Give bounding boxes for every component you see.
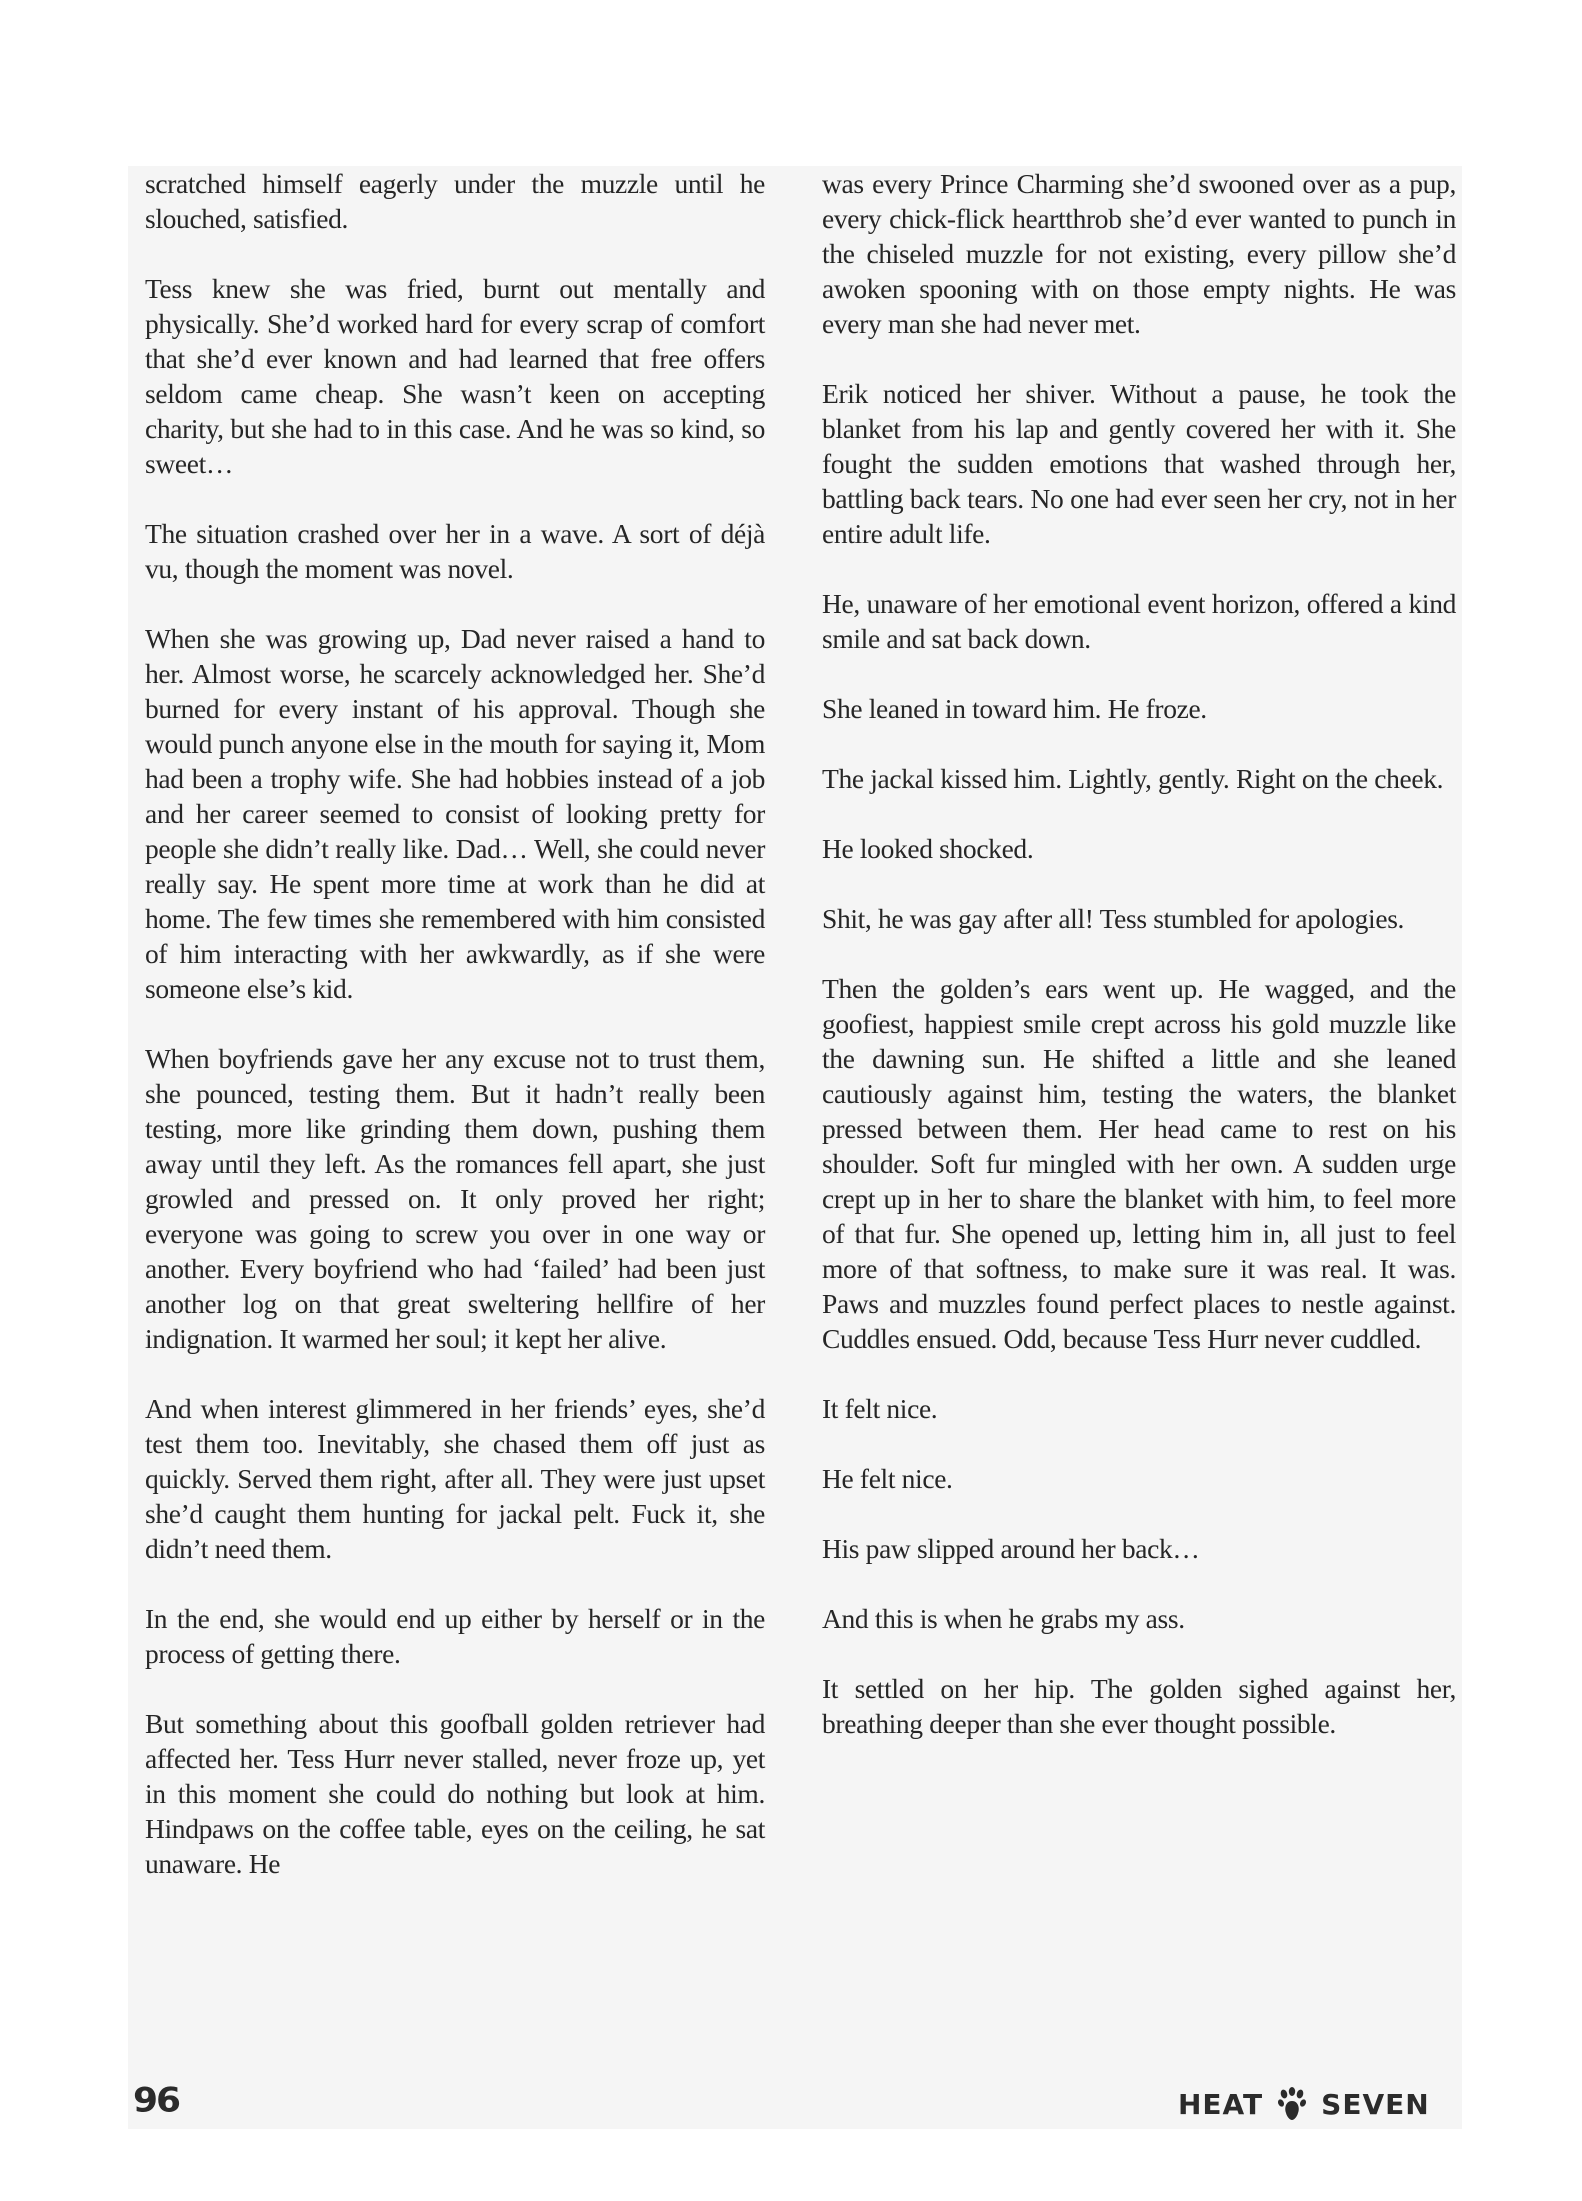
paragraph: When she was growing up, Dad never raise… — [145, 621, 765, 1006]
paw-print-icon — [1277, 2087, 1307, 2121]
paragraph: Tess knew she was fried, burnt out menta… — [145, 271, 765, 481]
paragraph: The situation crashed over her in a wave… — [145, 516, 765, 586]
paragraph: Then the golden’s ears went up. He wagge… — [822, 971, 1456, 1356]
brand-seven: SEVEN — [1321, 2088, 1430, 2121]
paragraph: The jackal kissed him. Lightly, gently. … — [822, 761, 1456, 796]
paragraph: It settled on her hip. The golden sighed… — [822, 1671, 1456, 1741]
magazine-brand: HEAT SEVEN — [1178, 2086, 1430, 2122]
paragraph: Erik noticed her shiver. Without a pause… — [822, 376, 1456, 551]
brand-heat: HEAT — [1178, 2088, 1263, 2121]
paragraph: In the end, she would end up either by h… — [145, 1601, 765, 1671]
paragraph: Shit, he was gay after all! Tess stumble… — [822, 901, 1456, 936]
right-text-column: was every Prince Charming she’d swooned … — [822, 166, 1456, 1776]
paragraph: And this is when he grabs my ass. — [822, 1601, 1456, 1636]
paragraph: scratched himself eagerly under the muzz… — [145, 166, 765, 236]
paragraph: He felt nice. — [822, 1461, 1456, 1496]
paragraph: When boyfriends gave her any excuse not … — [145, 1041, 765, 1356]
paragraph: He looked shocked. — [822, 831, 1456, 866]
paragraph: His paw slipped around her back… — [822, 1531, 1456, 1566]
paragraph: He, unaware of her emotional event horiz… — [822, 586, 1456, 656]
left-text-column: scratched himself eagerly under the muzz… — [145, 166, 765, 1916]
paragraph: And when interest glimmered in her frien… — [145, 1391, 765, 1566]
paragraph: She leaned in toward him. He froze. — [822, 691, 1456, 726]
paragraph: But something about this goofball golden… — [145, 1706, 765, 1881]
page-number: 96 — [133, 2084, 179, 2118]
paragraph: was every Prince Charming she’d swooned … — [822, 166, 1456, 341]
paragraph: It felt nice. — [822, 1391, 1456, 1426]
